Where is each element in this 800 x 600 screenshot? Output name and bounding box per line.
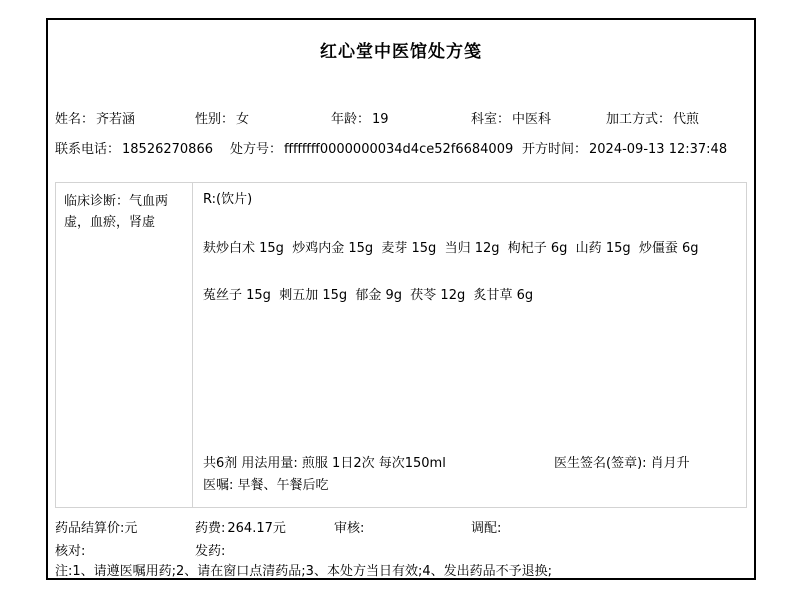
patient-age-value: 19	[372, 112, 389, 127]
patient-name-value: 齐若涵	[96, 112, 135, 127]
phone-value: 18526270866	[122, 142, 213, 157]
processing-method-label: 加工方式：	[606, 112, 671, 127]
patient-name-label: 姓名：	[55, 112, 94, 127]
prescription-no-value: ffffffff0000000034d4ce52f6684009	[284, 142, 513, 157]
patient-gender-value: 女	[236, 112, 249, 127]
dose-and-usage: 共6剂 用法用量: 煎服 1日2次 每次150ml	[203, 453, 446, 475]
fee-value: 264.17元	[227, 521, 286, 536]
patient-name-field: 姓名：齐若涵	[55, 108, 135, 127]
rx-cell: R:(饮片) 麸炒白术 15g 炒鸡内金 15g 麦芽 15g 当归 12g 枸…	[193, 183, 746, 507]
diagnosis-cell: 临床诊断：气血两虚，血瘀，肾虚	[56, 183, 193, 507]
department-value: 中医科	[512, 112, 551, 127]
dispense-field: 发药:	[195, 540, 225, 559]
patient-gender-label: 性别：	[195, 112, 234, 127]
rx-bottom-row: 共6剂 用法用量: 煎服 1日2次 每次150ml 医嘱: 早餐、午餐后吃 医生…	[203, 453, 736, 497]
page-title: 红心堂中医馆处方笺	[48, 37, 754, 62]
prescription-table: 临床诊断：气血两虚，血瘀，肾虚 R:(饮片) 麸炒白术 15g 炒鸡内金 15g…	[55, 182, 747, 508]
patient-age-field: 年龄：19	[331, 108, 389, 127]
rx-header: R:(饮片)	[203, 192, 736, 209]
processing-method-value: 代煎	[673, 112, 699, 127]
fee-label: 药费:	[195, 521, 225, 536]
patient-gender-field: 性别：女	[195, 108, 249, 127]
check-field: 核对:	[55, 540, 85, 559]
patient-age-label: 年龄：	[331, 112, 370, 127]
prescription-no-field: 处方号：ffffffff0000000034d4ce52f6684009	[230, 138, 513, 157]
prescription-sheet: 红心堂中医馆处方笺 姓名：齐若涵 性别：女 年龄：19 科室：中医科 加工方式：…	[46, 18, 756, 580]
phone-field: 联系电话：18526270866	[55, 138, 213, 157]
prepare-field: 调配:	[471, 517, 501, 536]
phone-label: 联系电话：	[55, 142, 120, 157]
issue-time-label: 开方时间：	[522, 142, 587, 157]
review-field: 审核:	[334, 517, 364, 536]
herb-line-2: 菟丝子 15g 刺五加 15g 郁金 9g 茯苓 12g 炙甘草 6g	[203, 287, 736, 305]
usage-block: 共6剂 用法用量: 煎服 1日2次 每次150ml 医嘱: 早餐、午餐后吃	[203, 453, 446, 497]
issue-time-value: 2024-09-13 12:37:48	[589, 142, 727, 157]
doctor-advice: 医嘱: 早餐、午餐后吃	[203, 475, 446, 497]
doctor-signature: 医生签名(签章): 肖月升	[554, 453, 734, 475]
department-label: 科室：	[471, 112, 510, 127]
issue-time-field: 开方时间：2024-09-13 12:37:48	[522, 138, 727, 157]
processing-method-field: 加工方式：代煎	[606, 108, 699, 127]
department-field: 科室：中医科	[471, 108, 551, 127]
settle-price-field: 药品结算价:元	[55, 517, 137, 536]
fee-field: 药费:264.17元	[195, 517, 286, 536]
herb-line-1: 麸炒白术 15g 炒鸡内金 15g 麦芽 15g 当归 12g 枸杞子 6g 山…	[203, 240, 736, 258]
diagnosis-label: 临床诊断：	[64, 194, 129, 209]
note-line: 注:1、请遵医嘱用药;2、请在窗口点清药品;3、本处方当日有效;4、发出药品不予…	[55, 560, 552, 579]
prescription-no-label: 处方号：	[230, 142, 282, 157]
spacer	[203, 305, 736, 453]
